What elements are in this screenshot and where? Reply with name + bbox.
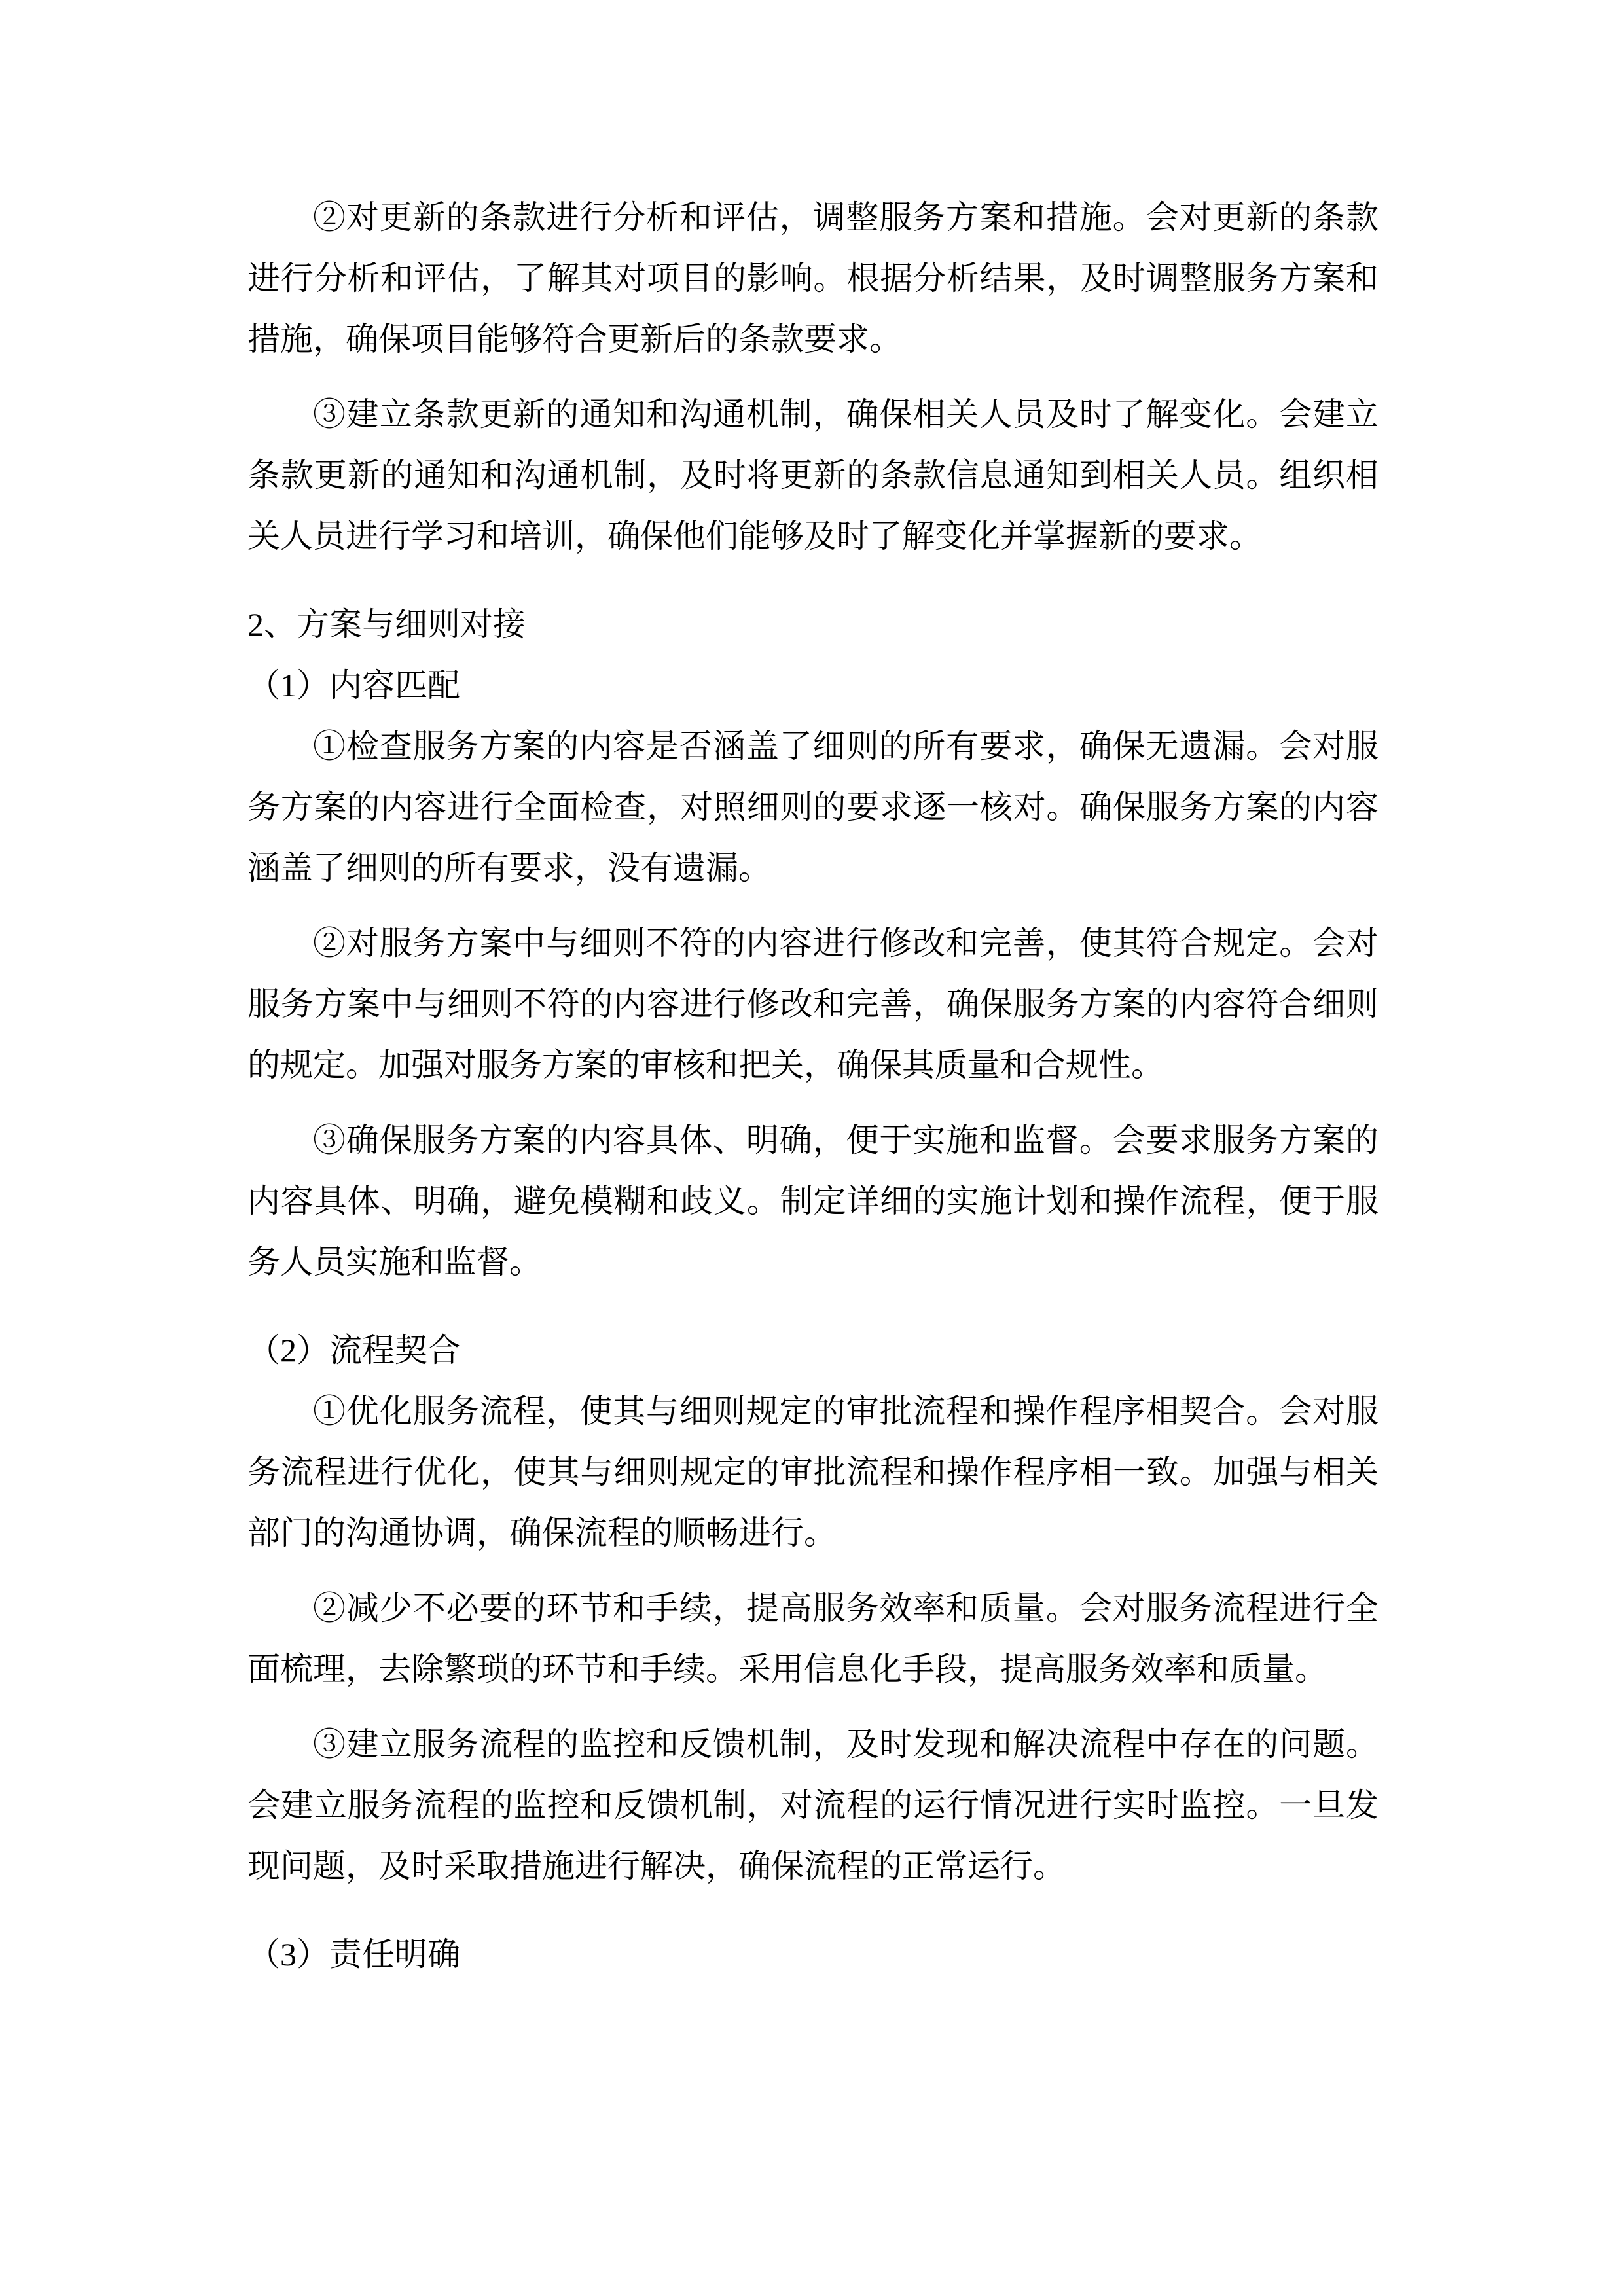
document-page: ②对更新的条款进行分析和评估，调整服务方案和措施。会对更新的条款进行分析和评估，… bbox=[0, 0, 1624, 2296]
paragraph-process-optimization: ①优化服务流程，使其与细则规定的审批流程和操作程序相契合。会对服务流程进行优化，… bbox=[247, 1381, 1379, 1564]
paragraph-process-monitoring: ③建立服务流程的监控和反馈机制，及时发现和解决流程中存在的问题。会建立服务流程的… bbox=[247, 1714, 1379, 1897]
paragraph-content-specificity: ③确保服务方案的内容具体、明确，便于实施和监督。会要求服务方案的内容具体、明确，… bbox=[247, 1110, 1379, 1293]
subsection-heading-process-fit: （2）流程契合 bbox=[247, 1320, 1379, 1381]
subsection-heading-content-match: （1）内容匹配 bbox=[247, 655, 1379, 716]
section-heading-plan-alignment: 2、方案与细则对接 bbox=[247, 594, 1379, 655]
paragraph-content-revision: ②对服务方案中与细则不符的内容进行修改和完善，使其符合规定。会对服务方案中与细则… bbox=[247, 913, 1379, 1096]
paragraph-process-simplification: ②减少不必要的环节和手续，提高服务效率和质量。会对服务流程进行全面梳理，去除繁琐… bbox=[247, 1578, 1379, 1700]
paragraph-notification-mechanism: ③建立条款更新的通知和沟通机制，确保相关人员及时了解变化。会建立条款更新的通知和… bbox=[247, 384, 1379, 567]
paragraph-content-check: ①检查服务方案的内容是否涵盖了细则的所有要求，确保无遗漏。会对服务方案的内容进行… bbox=[247, 716, 1379, 899]
subsection-heading-responsibility: （3）责任明确 bbox=[247, 1924, 1379, 1985]
paragraph-terms-analysis: ②对更新的条款进行分析和评估，调整服务方案和措施。会对更新的条款进行分析和评估，… bbox=[247, 187, 1379, 370]
